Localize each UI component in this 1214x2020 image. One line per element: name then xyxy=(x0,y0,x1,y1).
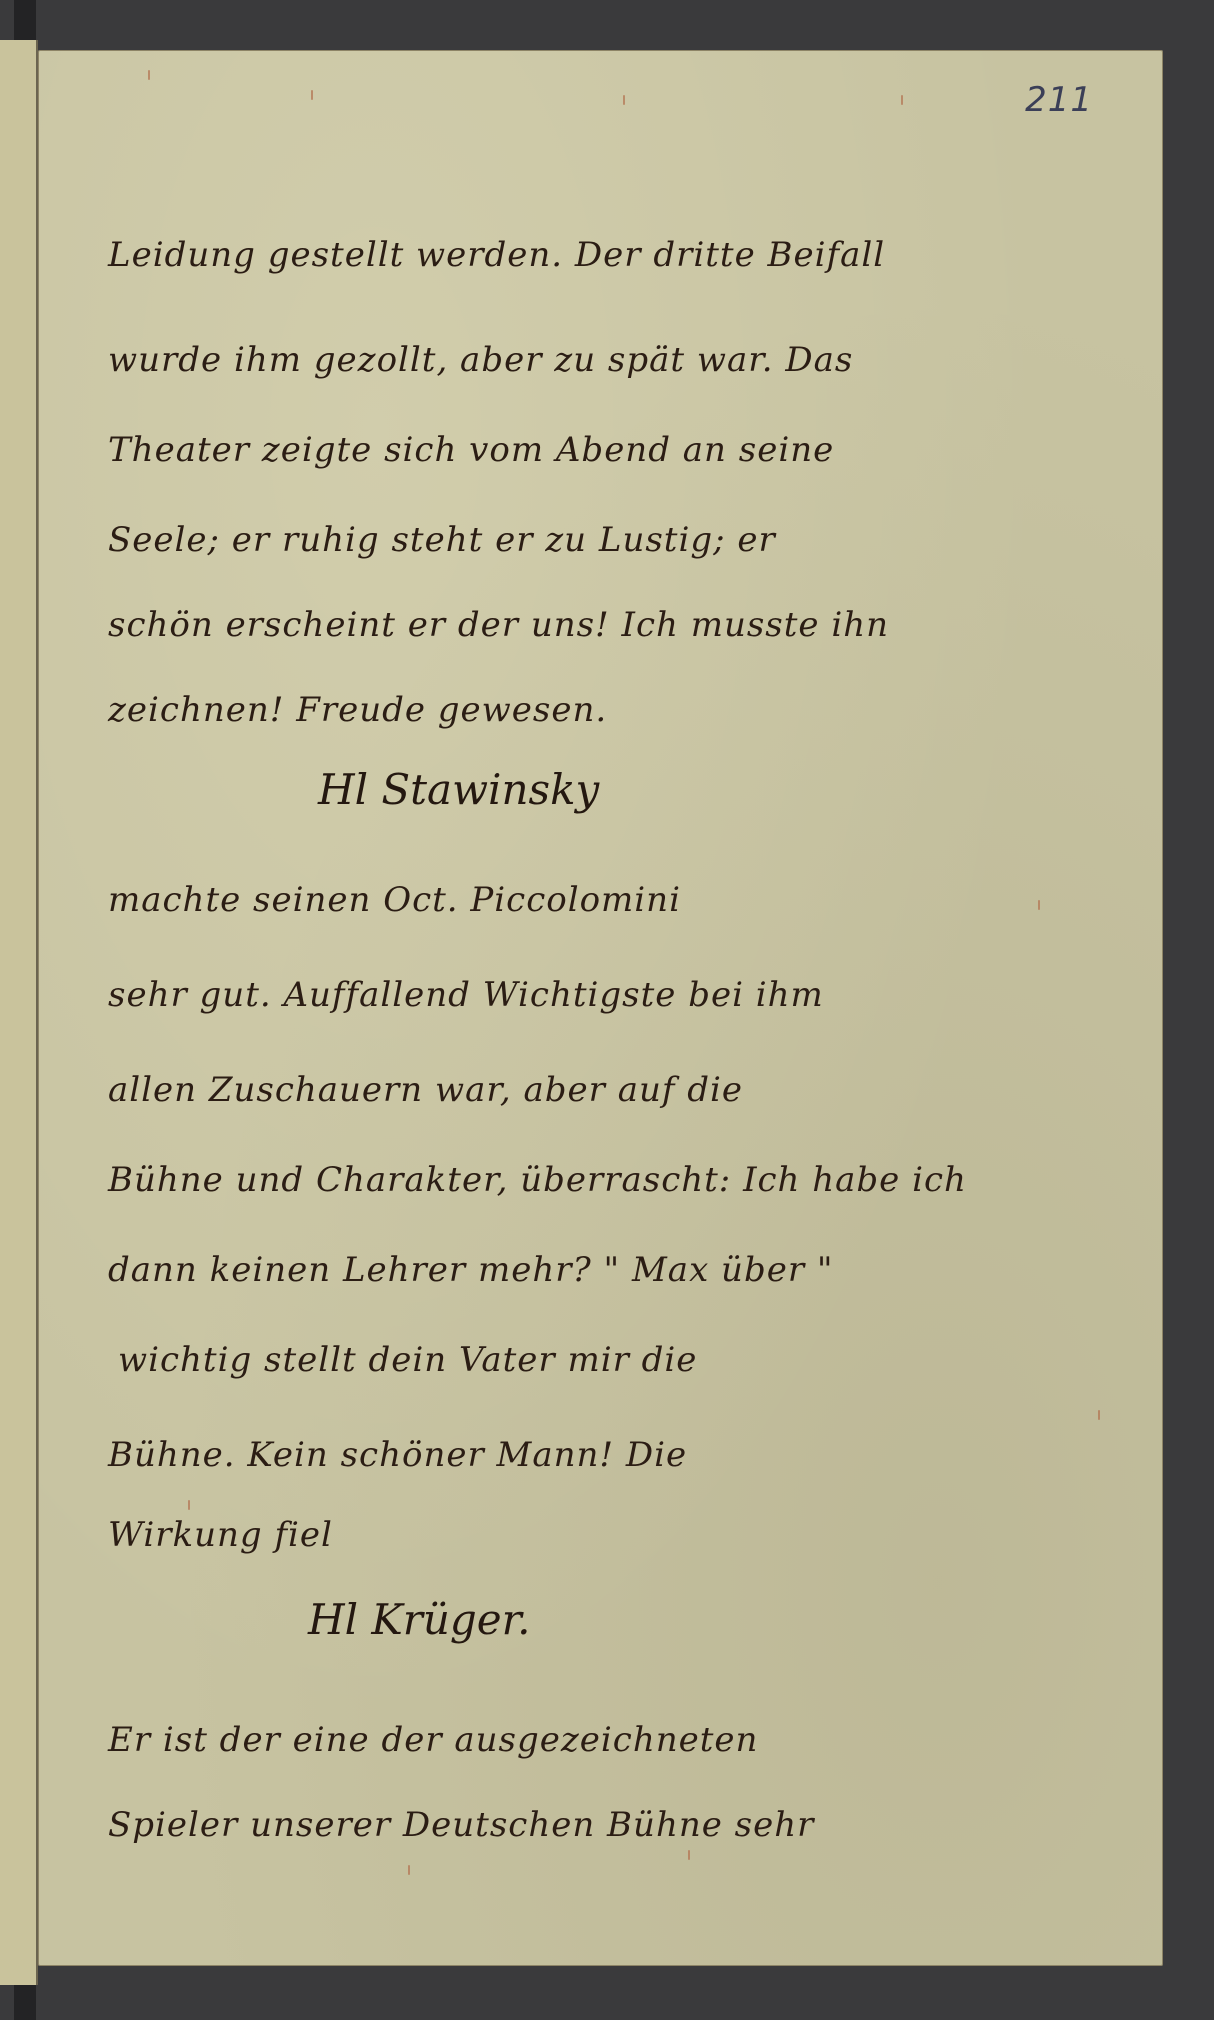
text-line: Bühne. Kein schöner Mann! Die xyxy=(108,1435,687,1475)
paper-fleck xyxy=(623,95,625,105)
text-line: Theater zeigte sich vom Abend an seine xyxy=(108,430,834,470)
paper-fleck xyxy=(311,90,313,100)
text-line: zeichnen! Freude gewesen. xyxy=(108,690,607,730)
paper-fleck xyxy=(148,70,150,80)
paper-fleck xyxy=(188,1500,190,1510)
text-line: Bühne und Charakter, überrascht: Ich hab… xyxy=(108,1160,967,1200)
previous-page-edge xyxy=(0,40,38,1985)
page-number: 211 xyxy=(1025,80,1093,120)
text-line: Er ist der eine der ausgezeichneten xyxy=(108,1720,758,1760)
text-line: wichtig stellt dein Vater mir die xyxy=(118,1340,697,1380)
text-line: wurde ihm gezollt, aber zu spät war. Das xyxy=(108,340,853,380)
text-line: dann keinen Lehrer mehr? " Max über " xyxy=(108,1250,834,1290)
text-line: Leidung gestellt werden. Der dritte Beif… xyxy=(108,235,885,275)
text-line: allen Zuschauern war, aber auf die xyxy=(108,1070,743,1110)
text-line: Wirkung fiel xyxy=(108,1515,333,1555)
paper-fleck xyxy=(1098,1410,1100,1420)
paper-fleck xyxy=(408,1865,410,1875)
text-line: Spieler unserer Deutschen Bühne sehr xyxy=(108,1805,814,1845)
section-heading: Hl Stawinsky xyxy=(318,765,599,814)
text-line: sehr gut. Auffallend Wichtigste bei ihm xyxy=(108,975,824,1015)
section-heading: Hl Krüger. xyxy=(308,1595,530,1644)
text-line: machte seinen Oct. Piccolomini xyxy=(108,880,681,920)
manuscript-page: 211 Leidung gestellt werden. Der dritte … xyxy=(38,50,1163,1966)
text-line: Seele; er ruhig steht er zu Lustig; er xyxy=(108,520,776,560)
paper-fleck xyxy=(688,1850,690,1860)
paper-fleck xyxy=(1038,900,1040,910)
paper-fleck xyxy=(901,95,903,105)
text-line: schön erscheint er der uns! Ich musste i… xyxy=(108,605,889,645)
